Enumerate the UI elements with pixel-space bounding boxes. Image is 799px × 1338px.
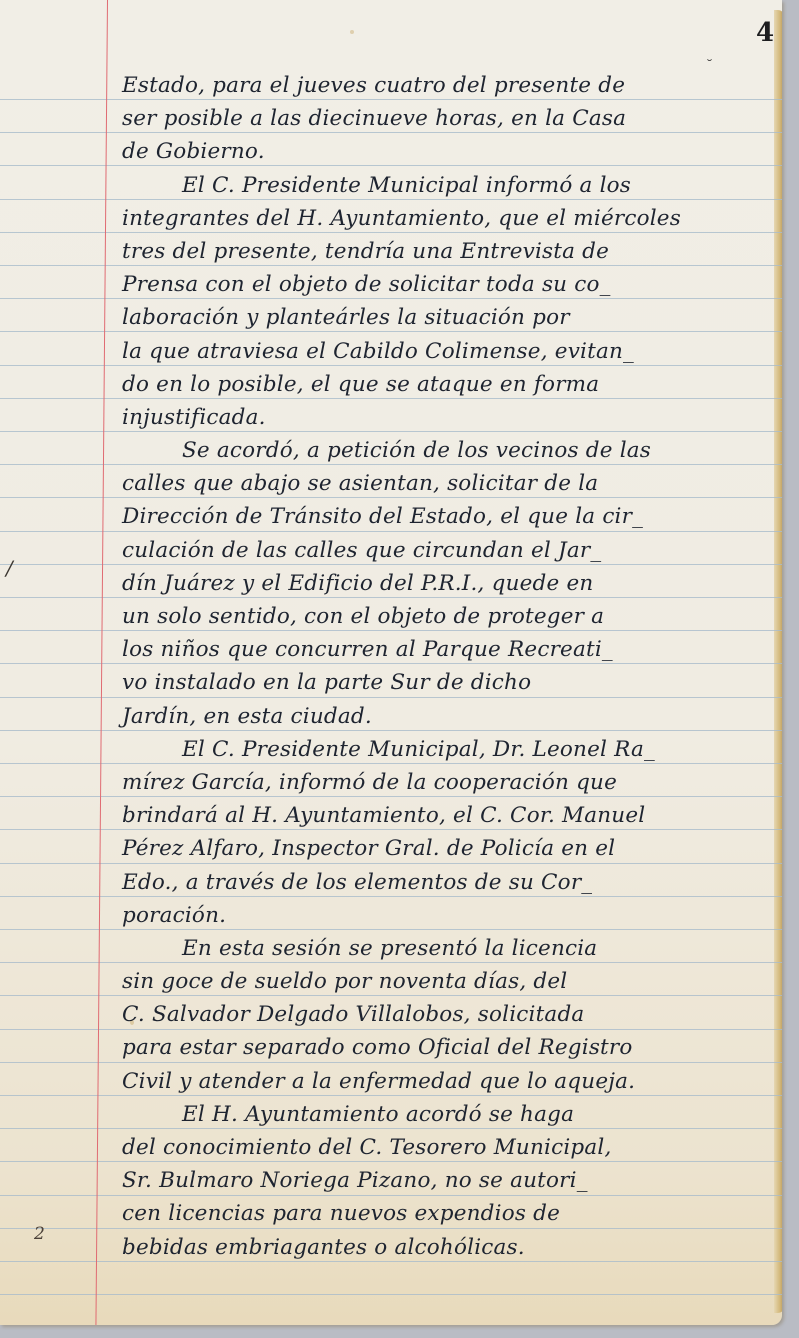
text-line: calles que abajo se asientan, solicitar …: [122, 467, 772, 500]
text-line: culación de las calles que circundan el …: [122, 534, 772, 567]
text-line: Edo., a través de los elementos de su Co…: [122, 866, 772, 899]
text-line: El C. Presidente Municipal, Dr. Leonel R…: [122, 733, 772, 766]
text-line: los niños que concurren al Parque Recrea…: [122, 633, 772, 666]
text-line: sin goce de sueldo por noventa días, del: [122, 965, 772, 998]
text-line: Dirección de Tránsito del Estado, el que…: [122, 500, 772, 533]
text-line: poración.: [122, 899, 772, 932]
text-line: ser posible a las diecinueve horas, en l…: [122, 102, 772, 135]
text-line: Pérez Alfaro, Inspector Gral. de Policía…: [122, 832, 772, 865]
text-line: para estar separado como Oficial del Reg…: [122, 1031, 772, 1064]
text-line: vo instalado en la parte Sur de dicho: [122, 666, 772, 699]
text-line: tres del presente, tendría una Entrevist…: [122, 235, 772, 268]
ledger-page: 4 ˘ / 2 Estado, para el jueves cuatro de…: [0, 0, 782, 1325]
text-line: C. Salvador Delgado Villalobos, solicita…: [122, 998, 772, 1031]
text-line: un solo sentido, con el objeto de proteg…: [122, 600, 772, 633]
margin-note-number: 2: [34, 1224, 45, 1244]
page-edge: [774, 10, 782, 1313]
text-line: la que atraviesa el Cabildo Colimense, e…: [122, 335, 772, 368]
text-line: integrantes del H. Ayuntamiento, que el …: [122, 202, 772, 235]
text-line: do en lo posible, el que se ataque en fo…: [122, 368, 772, 401]
text-line: Civil y atender a la enfermedad que lo a…: [122, 1065, 772, 1098]
text-line: Se acordó, a petición de los vecinos de …: [122, 434, 772, 467]
text-line: Prensa con el objeto de solicitar toda s…: [122, 268, 772, 301]
margin-note-slash: /: [6, 556, 13, 580]
text-line: mírez García, informó de la cooperación …: [122, 766, 772, 799]
text-line: El C. Presidente Municipal informó a los: [122, 169, 772, 202]
text-line: del conocimiento del C. Tesorero Municip…: [122, 1131, 772, 1164]
text-line: Estado, para el jueves cuatro del presen…: [122, 69, 772, 102]
text-line: Sr. Bulmaro Noriega Pizano, no se autori…: [122, 1164, 772, 1197]
text-line: brindará al H. Ayuntamiento, el C. Cor. …: [122, 799, 772, 832]
handwritten-text: Estado, para el jueves cuatro del presen…: [122, 69, 772, 1264]
text-line: Jardín, en esta ciudad.: [122, 700, 772, 733]
text-line: laboración y planteárles la situación po…: [122, 301, 772, 334]
text-line: bebidas embriagantes o alcohólicas.: [122, 1231, 772, 1264]
text-line: dín Juárez y el Edificio del P.R.I., que…: [122, 567, 772, 600]
text-line: injustificada.: [122, 401, 772, 434]
ruled-line: [0, 1294, 782, 1295]
text-line: cen licencias para nuevos expendios de: [122, 1197, 772, 1230]
text-line: En esta sesión se presentó la licencia: [122, 932, 772, 965]
ink-spot: [350, 30, 354, 34]
text-line: de Gobierno.: [122, 135, 772, 168]
text-line: El H. Ayuntamiento acordó se haga: [122, 1098, 772, 1131]
page-number: 4: [756, 18, 774, 48]
